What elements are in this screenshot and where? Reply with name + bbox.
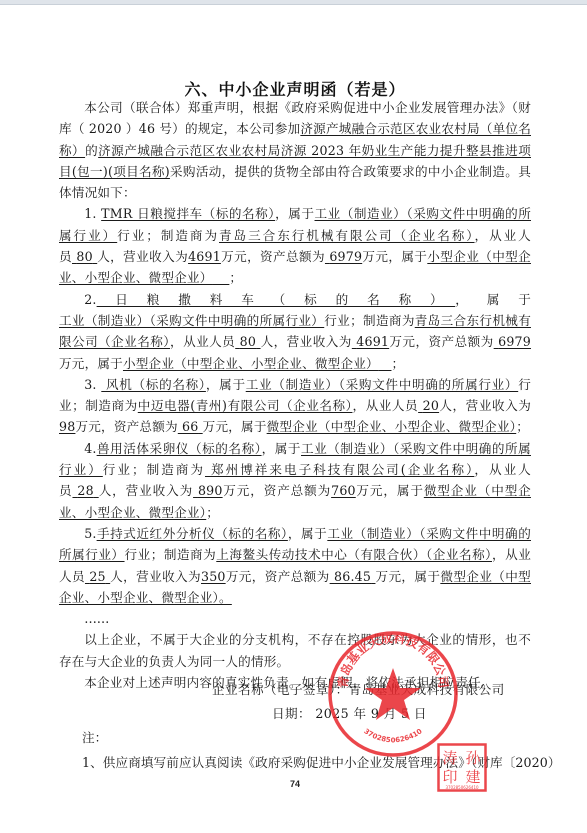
value: 80 (240, 334, 256, 349)
item-paragraph: 5.手持式近红外分析仪（标的名称），属于工业（制造业）（采购文件中明确的所属行业… (59, 523, 531, 608)
value: 890 (198, 483, 223, 498)
seal-code: 3702850626410 (362, 727, 424, 744)
label: 万元，属于 (59, 356, 123, 371)
viewer-top-bar (0, 0, 587, 5)
item-manufacturer: 郑州博祥来电子科技有限公司(企业名称） (205, 462, 474, 477)
item-manufacturer: 上海鳌头传动技术中心（有限合伙）（企业名称） (216, 547, 492, 562)
note-item-1: 1、供应商填写前应认真阅读《政府采购促进中小企业发展管理办法》（财库〔2020） (82, 752, 561, 771)
punct: ； (516, 419, 529, 434)
punct: ； (391, 356, 404, 371)
label: ，从业人员 (352, 398, 418, 413)
punct: ； (229, 270, 242, 285)
item-employees: 80 (72, 249, 97, 264)
page-number: 74 (59, 779, 531, 789)
label: ，从业人员 (170, 334, 235, 349)
intro-text: 的 (85, 143, 98, 158)
item-number: 4. (84, 441, 96, 456)
signature-line: 企业名称（电子签章）：青岛基业天成科技有限公司 (212, 679, 505, 698)
label: 行业；制造商为 (103, 462, 205, 477)
label: ，属于 (206, 377, 246, 392)
item-revenue: 350 (201, 569, 226, 584)
item-employees: 25 (85, 569, 110, 584)
item-subject: 兽用活体采卵仪（标的名称） (97, 441, 262, 456)
item-number: 2. (84, 292, 96, 307)
signature-company: 青岛基业天成科技有限公司 (349, 682, 505, 697)
item-number: 3. (84, 377, 96, 392)
label: ，属于 (262, 441, 301, 456)
item-industry: 工业（制造业）（采购文件中明确的所属行业） (246, 377, 518, 392)
item-manufacturer: 中迈电器(青州)有限公司（企业名称） (138, 398, 353, 413)
intro-paragraph: 本公司（联合体）郑重声明，根据《政府采购促进中小企业发展管理办法》（财库（ 20… (59, 97, 531, 203)
value: 郑州博祥来电子科技有限公司(企业名称） (211, 462, 474, 477)
label: 人，营业收入为 (97, 249, 188, 264)
label: 行业；制造商为 (117, 228, 219, 243)
item-assets: 760 (331, 483, 356, 498)
value: 6979 (498, 334, 531, 349)
document-body: 本公司（联合体）郑重声明，根据《政府采购促进中小企业发展管理办法》（财库（ 20… (59, 97, 531, 693)
item-number: 5. (84, 526, 96, 541)
item-revenue: 98 (59, 419, 75, 434)
label: ，属于 (275, 206, 314, 221)
item-employees: 20 (418, 398, 439, 413)
item-paragraph: 1. TMR 日粮搅拌车（标的名称），属于工业（制造业）（采购文件中明确的所属行… (59, 203, 531, 288)
label: 人，营业收入为 (261, 334, 352, 349)
value: 4691 (356, 334, 389, 349)
label: 行业；制造商为 (125, 547, 217, 562)
label: 万元，属于 (356, 483, 424, 498)
item-paragraph: 2.日粮撒料车（标的名称），属于工业（制造业）（采购文件中明确的所属行业）行业；… (59, 289, 531, 374)
value: 20 (423, 398, 439, 413)
item-size: 小型企业（中型企业、小型企业、微型企业） (123, 356, 379, 371)
item-revenue: 4691 (352, 334, 389, 349)
item-revenue: 4691 (188, 249, 221, 264)
blank (379, 356, 392, 371)
svg-text:3702850626410: 3702850626410 (362, 727, 424, 744)
item-assets: 6979 (325, 249, 362, 264)
label: 万元，资产总额为 (221, 249, 325, 264)
note-heading: 注： (82, 727, 107, 746)
value: 28 (77, 483, 93, 498)
label: 万元，资产总额为 (75, 419, 177, 434)
statement-no-large-enterprise: 以上企业，不属于大企业的分支机构，不存在控股股东为大企业的情形，也不存在与大企业… (59, 629, 531, 672)
label: 行业；制造商为 (324, 313, 415, 328)
label: 人，营业收入为 (110, 569, 201, 584)
item-assets: 6979 (494, 334, 531, 349)
item-subject: 手持式近红外分析仪（标的名称） (97, 526, 288, 541)
item-subject: 风机（标的名称） (101, 377, 206, 392)
label: 人，营业收入为 (99, 483, 193, 498)
blank (213, 270, 230, 285)
item-manufacturer: 青岛三合东行机械有限公司（企业名称） (219, 228, 475, 243)
label: 万元，属于 (375, 569, 440, 584)
label: 万元，资产总额为 (226, 569, 330, 584)
value: 86.45 (334, 569, 371, 584)
item-size: 微型企业（中型企业、小型企业、微型企业） (267, 419, 517, 434)
label: ，属于 (455, 292, 531, 307)
item-paragraph: 4.兽用活体采卵仪（标的名称），属于工业（制造业）（采购文件中明确的所属行业）行… (59, 438, 531, 523)
label: ，属于 (288, 526, 327, 541)
item-subject: 日粮撒料车（标的名称） (97, 292, 456, 307)
value: 6979 (329, 249, 362, 264)
value: 风机（标的名称） (106, 377, 206, 392)
item-employees: 28 (72, 483, 98, 498)
label: 万元，属于 (362, 249, 427, 264)
item-paragraph: 3. 风机（标的名称），属于工业（制造业）（采购文件中明确的所属行业）行业；制造… (59, 374, 531, 438)
value: 80 (76, 249, 92, 264)
item-assets: 66 (178, 419, 203, 434)
value: 25 (89, 569, 105, 584)
label: 万元，属于 (203, 419, 267, 434)
label: 万元，资产总额为 (223, 483, 332, 498)
item-subject: TMR 日粮搅拌车（标的名称） (101, 206, 275, 221)
label: 万元，资产总额为 (389, 334, 494, 349)
value: 66 (182, 419, 198, 434)
date-value: 2025 年 9 月 5 日 (315, 706, 426, 721)
punct: ； (206, 505, 219, 520)
date-label: 日期： (272, 706, 311, 721)
item-number: 1. (84, 206, 96, 221)
date-line: 日期： 2025 年 9 月 5 日 (272, 703, 427, 722)
ellipsis: …… (59, 608, 531, 629)
item-assets: 86.45 (330, 569, 376, 584)
item-revenue: 890 (193, 483, 223, 498)
item-industry: 工业（制造业）（采购文件中明确的所属行业） (59, 313, 324, 328)
item-employees: 80 (235, 334, 260, 349)
label: 人，营业收入为 (439, 398, 531, 413)
signature-label: 企业名称（电子签章）： (212, 682, 349, 697)
